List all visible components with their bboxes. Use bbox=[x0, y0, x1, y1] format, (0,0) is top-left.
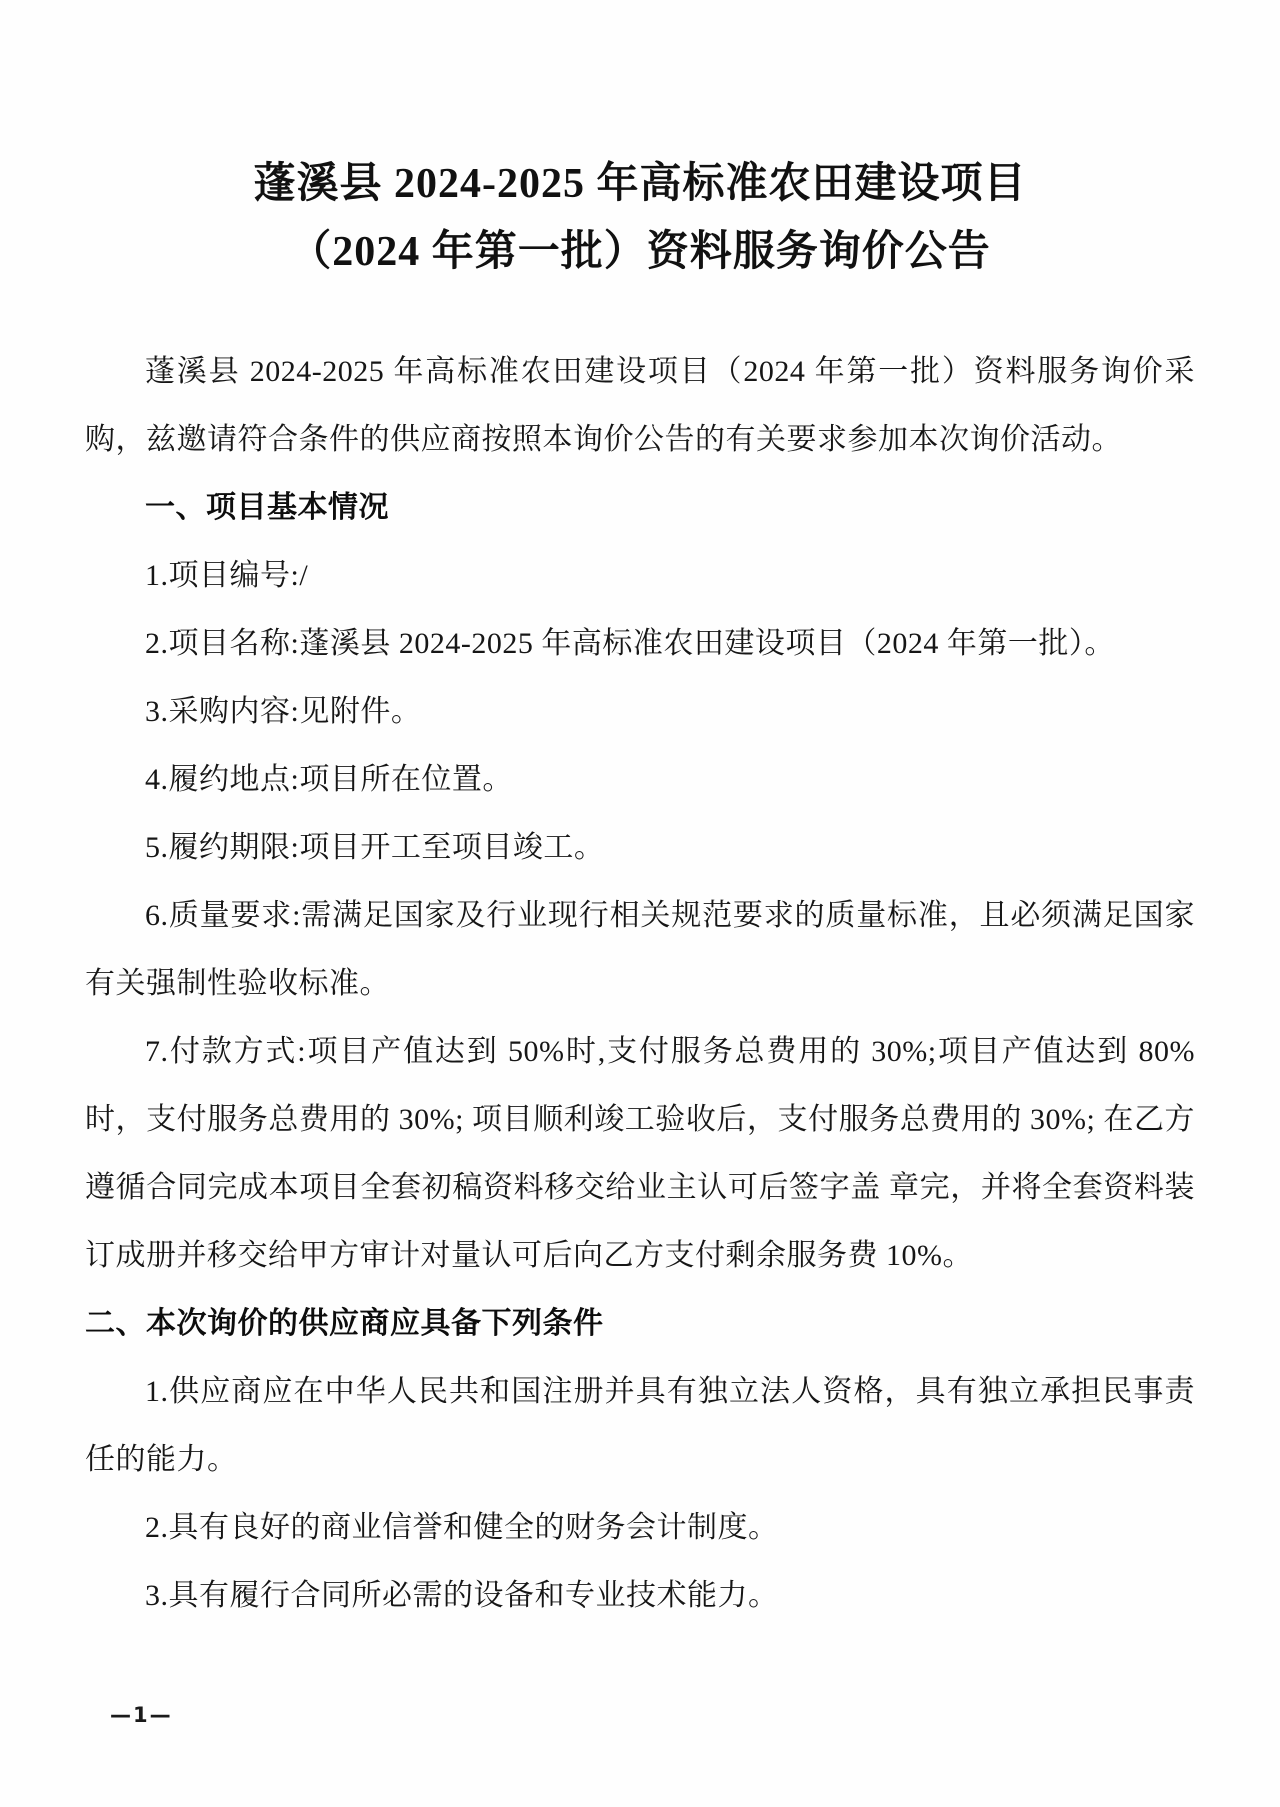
section1-heading: 一、项目基本情况 bbox=[85, 474, 1195, 542]
section1-item-quality-requirements: 6.质量要求:需满足国家及行业现行相关规范要求的质量标准，且必须满足国家有关强制… bbox=[85, 882, 1195, 1018]
page-number: —1— bbox=[110, 1703, 173, 1727]
section2-item-legal-person: 1.供应商应在中华人民共和国注册并具有独立法人资格，具有独立承担民事责任的能力。 bbox=[85, 1358, 1195, 1494]
section1-item-payment-terms: 7.付款方式:项目产值达到 50%时,支付服务总费用的 30%;项目产值达到 8… bbox=[85, 1018, 1195, 1290]
section1-item-project-number: 1.项目编号:/ bbox=[85, 542, 1195, 610]
document-title-line2: （2024 年第一批）资料服务询价公告 bbox=[0, 218, 1280, 286]
section1-item-performance-period: 5.履约期限:项目开工至项目竣工。 bbox=[85, 814, 1195, 882]
section2-heading: 二、本次询价的供应商应具备下列条件 bbox=[85, 1290, 1195, 1358]
section2-item-technical-capability: 3.具有履行合同所必需的设备和专业技术能力。 bbox=[85, 1562, 1195, 1630]
section1-item-performance-location: 4.履约地点:项目所在位置。 bbox=[85, 746, 1195, 814]
document-title-line1: 蓬溪县 2024-2025 年高标准农田建设项目 bbox=[0, 150, 1280, 218]
section1-item-project-name: 2.项目名称:蓬溪县 2024-2025 年高标准农田建设项目（2024 年第一… bbox=[85, 610, 1195, 678]
document-body: 蓬溪县 2024-2025 年高标准农田建设项目（2024 年第一批）资料服务询… bbox=[85, 338, 1195, 1630]
document-title: 蓬溪县 2024-2025 年高标准农田建设项目 （2024 年第一批）资料服务… bbox=[0, 0, 1280, 286]
section2-item-commercial-reputation: 2.具有良好的商业信誉和健全的财务会计制度。 bbox=[85, 1494, 1195, 1562]
section1-item-procurement-content: 3.采购内容:见附件。 bbox=[85, 678, 1195, 746]
document-page: 蓬溪县 2024-2025 年高标准农田建设项目 （2024 年第一批）资料服务… bbox=[0, 0, 1280, 1807]
intro-paragraph: 蓬溪县 2024-2025 年高标准农田建设项目（2024 年第一批）资料服务询… bbox=[85, 338, 1195, 474]
